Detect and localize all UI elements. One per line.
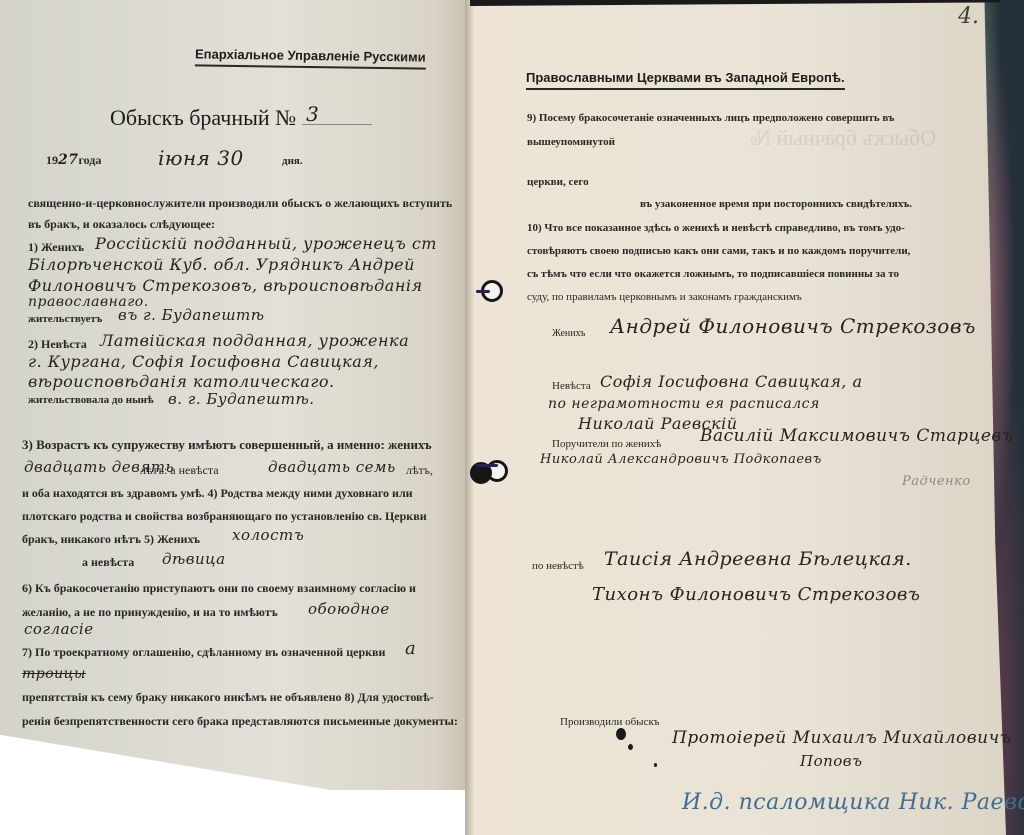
binding-thread-bottom [476,464,498,467]
priest-signature-line-1: Протоіерей Михаилъ Михайловичъ [672,728,1012,748]
bride-residence-label: жительствовала до нынѣ [28,394,154,406]
bride-guarantor-2: Тихонъ Филоновичъ Стрекозовъ [592,584,920,605]
bride-signature-label: Невѣста [552,380,591,392]
ink-blot-tiny [654,763,657,767]
consent-handwritten-2: согласіе [24,620,94,638]
age-line-5: бракъ, никакого нѣтъ 5) Женихъ [22,532,200,547]
groom-signature: Андрей Филоновичъ Стрекозовъ [610,314,976,338]
record-number: 3 [306,102,319,126]
item9-line-1: 9) Посему бракосочетаніе означенныхъ лиц… [527,112,894,124]
ink-blot [616,728,626,740]
bride-status-label: а невѣста [82,555,134,570]
ink-blot-small [628,744,633,750]
year-suffix: года [78,153,101,167]
bride-age: двадцать семь [268,458,396,476]
age-line-4: плотскаго родства и свойства возбраняюща… [22,509,427,524]
bride-details-line-1: Латвійская подданная, уроженка [100,331,409,350]
bride-label: 2) Невѣста [28,337,87,352]
date-handwritten: іюня 30 [158,146,244,170]
item9-line-3: церкви, сего [527,176,589,188]
groom-residence-label: жительствуетъ [28,313,102,325]
age-line-1: 3) Возрастъ къ супружеству имѣютъ соверш… [22,437,432,453]
groom-details-line-3: Филоновичъ Стрекозовъ, вѣроисповѣданія [28,276,423,295]
item10-line-1: 10) Что все показанное здѣсь о женихѣ и … [527,222,905,234]
years-label-2: лѣтъ, [406,463,433,478]
groom-signature-label: Женихъ [552,328,585,339]
intro-line-1: священно-и-церковнослужители производили… [28,196,452,211]
bride-guarantors-label: по невѣстѣ [532,560,584,572]
binding-thread-top [476,290,490,293]
year-prefix: 19 [46,153,58,167]
show-through-text: Обыскъ брачный № [750,125,936,151]
groom-residence: въ г. Будапештѣ [118,306,265,324]
item9-line-4: въ узаконенное время при постороннихъ св… [640,198,912,210]
priest-signature-line-2: Поповъ [800,752,863,770]
intro-line-2: въ бракъ, и оказалось слѣдующее: [28,217,215,232]
bride-details-line-2: г. Кургана, Софія Іосифовна Савицкая, [28,352,379,371]
date-line: 1927года [46,152,101,168]
left-header: Епархіальное Управленіе Русскими [195,46,426,69]
conducted-label: Производили обыскъ [560,716,660,728]
item9-line-2: вышеупомянутой [527,136,615,148]
consent-line-2: желанію, а не по принужденію, и на то им… [22,605,278,620]
banns-line-2: препятствія къ сему браку никакого никѣм… [22,690,434,705]
title-text: Обыскъ брачный № [110,105,296,130]
book-spine [465,0,475,835]
banns-line-1: 7) По троекратному оглашенію, сдѣланному… [22,645,385,660]
years-label-1: лѣтъ: а невѣста [140,463,219,478]
bride-guarantor-1: Таисія Андреевна Бѣлецкая. [604,548,912,570]
psalmist-signature: И.д. псаломщика Ник. Раевскій [682,790,1024,815]
document-title: Обыскъ брачный №3 [110,105,372,131]
banns-mark: а [405,638,416,659]
groom-label: 1) Женихъ [28,240,84,255]
groom-guarantor-1: Василій Максимовичъ Старцевъ [700,426,1014,446]
bride-signature-line-2: по неграмотности ея расписался [548,396,820,412]
right-header: Православными Церквами въ Западной Европ… [526,70,845,90]
day-suffix: дня. [282,155,303,167]
bride-details-line-3: вѣроисповѣданія католическаго. [28,372,335,391]
page-number: 4. [958,4,979,29]
record-number-field: 3 [302,106,372,125]
groom-guarantors-label: Поручители по женихѣ [552,438,661,450]
banns-line-3: ренія безпрепятственности сего брака пре… [22,714,458,729]
item10-line-3: съ тѣмъ что если что окажется ложнымъ, т… [527,268,899,280]
age-line-3: и оба находятся въ здравомъ умѣ. 4) Родс… [22,486,413,501]
bride-residence: в. г. Будапештѣ. [168,390,315,408]
groom-details-line-1: Россійскій подданный, уроженецъ ст [95,234,437,253]
consent-line-1: 6) Къ бракосочетанію приступаютъ они по … [22,581,416,596]
groom-details-line-2: Білорѣченской Куб. обл. Урядникъ Андрей [28,255,415,274]
item10-line-2: стовѣряютъ своею подписью какъ они сами,… [527,245,910,257]
item10-line-4: суду, по правиламъ церковнымъ и законамъ… [527,291,802,303]
groom-guarantor-2: Николай Александровичъ Подкопаевъ [540,452,822,467]
banns-struck-word: троицы [22,666,86,682]
bride-signature-line-1: Софія Іосифовна Савицкая, а [600,372,863,391]
faint-signature: Радченко [902,474,971,489]
year-handwritten: 27 [58,152,78,168]
groom-status: холостъ [232,526,304,544]
consent-handwritten-1: обоюдное [308,600,390,618]
bride-status: дѣвица [162,550,226,568]
